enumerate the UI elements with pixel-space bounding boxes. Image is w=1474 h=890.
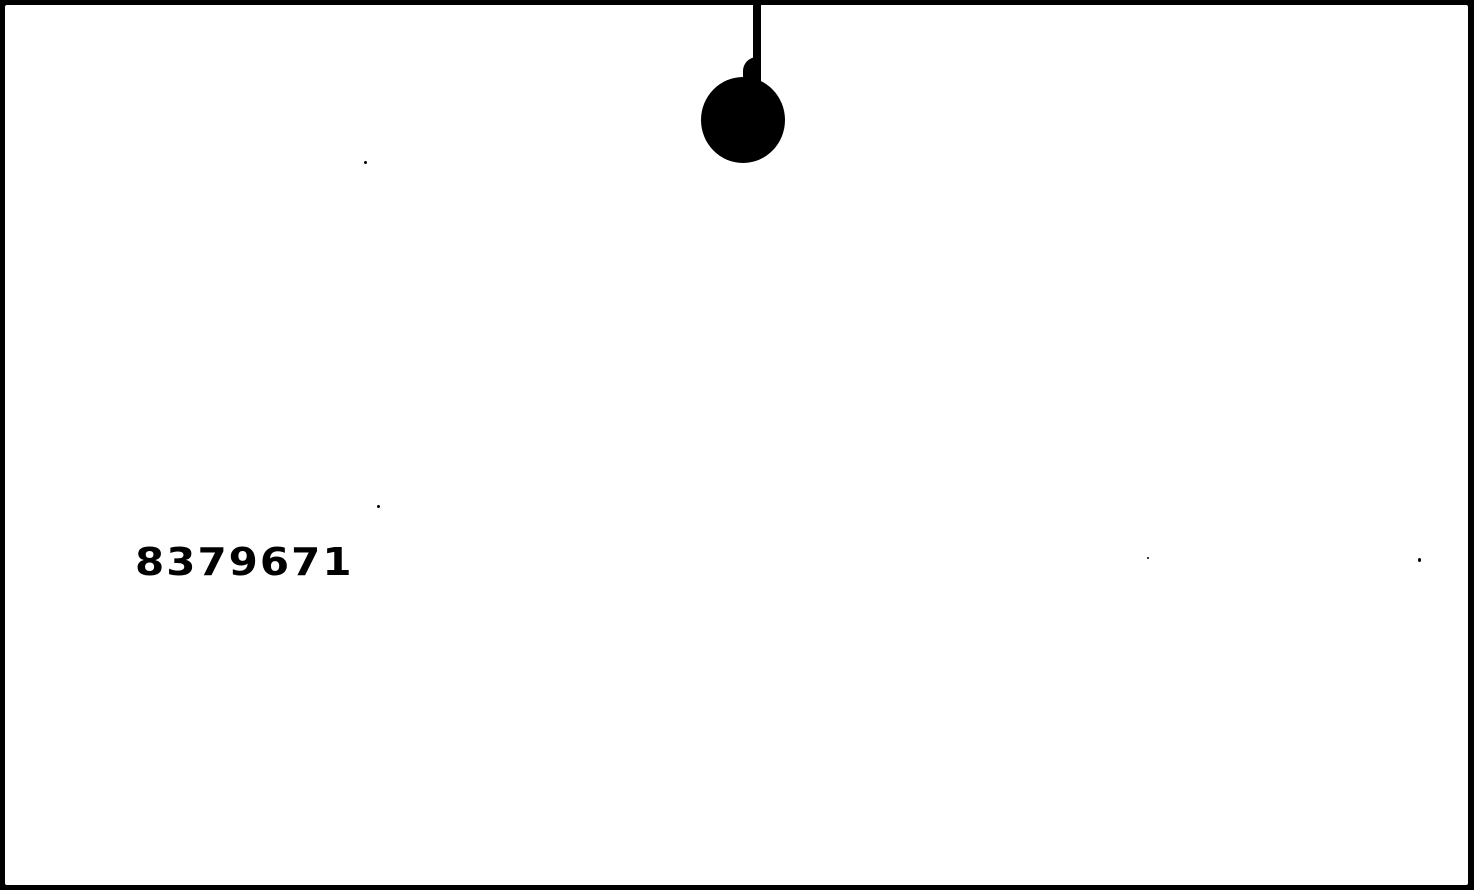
hang-hole-icon [701,77,785,163]
scan-speck [1147,557,1149,559]
scan-speck [1418,558,1421,562]
card-number: 8379671 [135,543,354,582]
hang-slot [753,5,761,77]
scan-speck [364,161,367,164]
index-card: 8379671 [5,5,1468,885]
scan-speck [377,505,380,508]
